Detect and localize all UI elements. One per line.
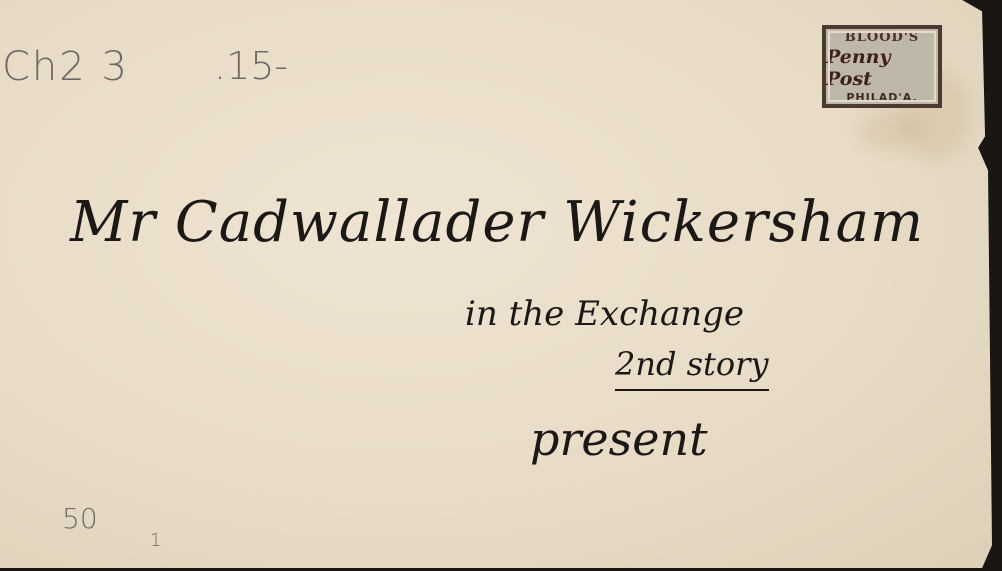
address-line-3: present [530,412,708,466]
stamp-line-2: Penny Post [826,46,938,90]
water-stain [860,110,920,150]
bloods-penny-post-stamp: BLOOD'S Penny Post PHILAD'A. [822,25,942,108]
pencil-number: 50 [62,502,98,535]
recipient-name: Mr Cadwallader Wickersham [70,190,924,255]
address-line-2: 2nd story [615,345,769,391]
envelope: BLOOD'S Penny Post PHILAD'A. Ch2 3 .15- … [0,0,992,568]
address-line-1: in the Exchange [465,294,744,334]
stamp-line-3: PHILAD'A. [846,91,917,104]
pencil-price: .15- [214,44,288,88]
pencil-code: Ch2 3 [2,44,129,90]
pencil-mark: 1 [150,530,161,551]
stamp-line-1: BLOOD'S [845,30,919,45]
